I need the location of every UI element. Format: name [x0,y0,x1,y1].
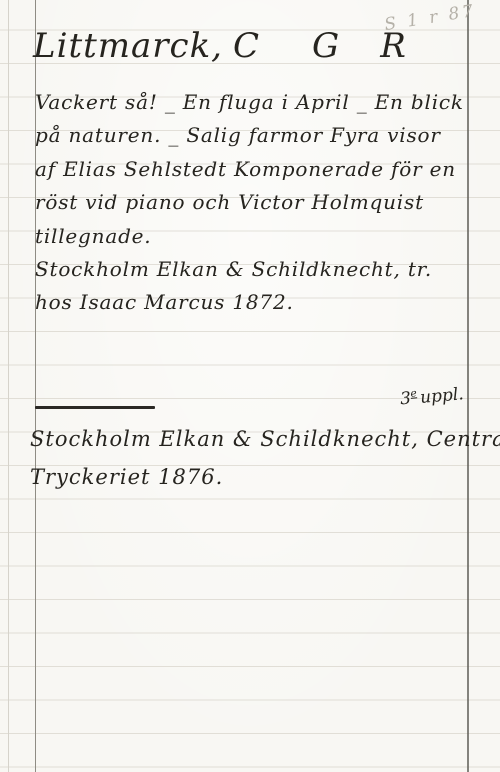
edition-word: uppl. [420,384,465,408]
manuscript-line: Stockholm Elkan & Schildknecht, Central- [30,420,470,458]
manuscript-line: af Elias Sehlstedt Komponerade för en [35,153,467,186]
right-margin-line [467,0,469,772]
manuscript-line: tillegnade. [35,220,467,253]
manuscript-line: röst vid piano och Victor Holmquist [35,186,467,219]
manuscript-line: Stockholm Elkan & Schildknecht, tr. [35,253,467,286]
heading-initial-3: R [380,26,407,66]
entry-body: Vackert så! _ En fluga i April _ En blic… [35,86,467,320]
heading-initial-1: C [233,26,260,66]
manuscript-line: på naturen. _ Salig farmor Fyra visor [35,119,467,152]
manuscript-line: Tryckeriet 1876. [30,458,470,496]
heading-surname: Littmarck, [33,26,223,66]
entry-heading: Littmarck,CGR [33,26,407,66]
separator-rule [35,406,155,409]
manuscript-line: Vackert så! _ En fluga i April _ En blic… [35,86,467,119]
page-edge-line [8,0,9,772]
edition-suffix: e [410,387,417,399]
second-imprint: Stockholm Elkan & Schildknecht, Central-… [30,420,470,496]
manuscript-line: hos Isaac Marcus 1872. [35,286,467,319]
heading-initial-2: G [312,26,340,66]
catalog-card-page: S 1 r 87 Littmarck,CGR Vackert så! _ En … [0,0,500,772]
